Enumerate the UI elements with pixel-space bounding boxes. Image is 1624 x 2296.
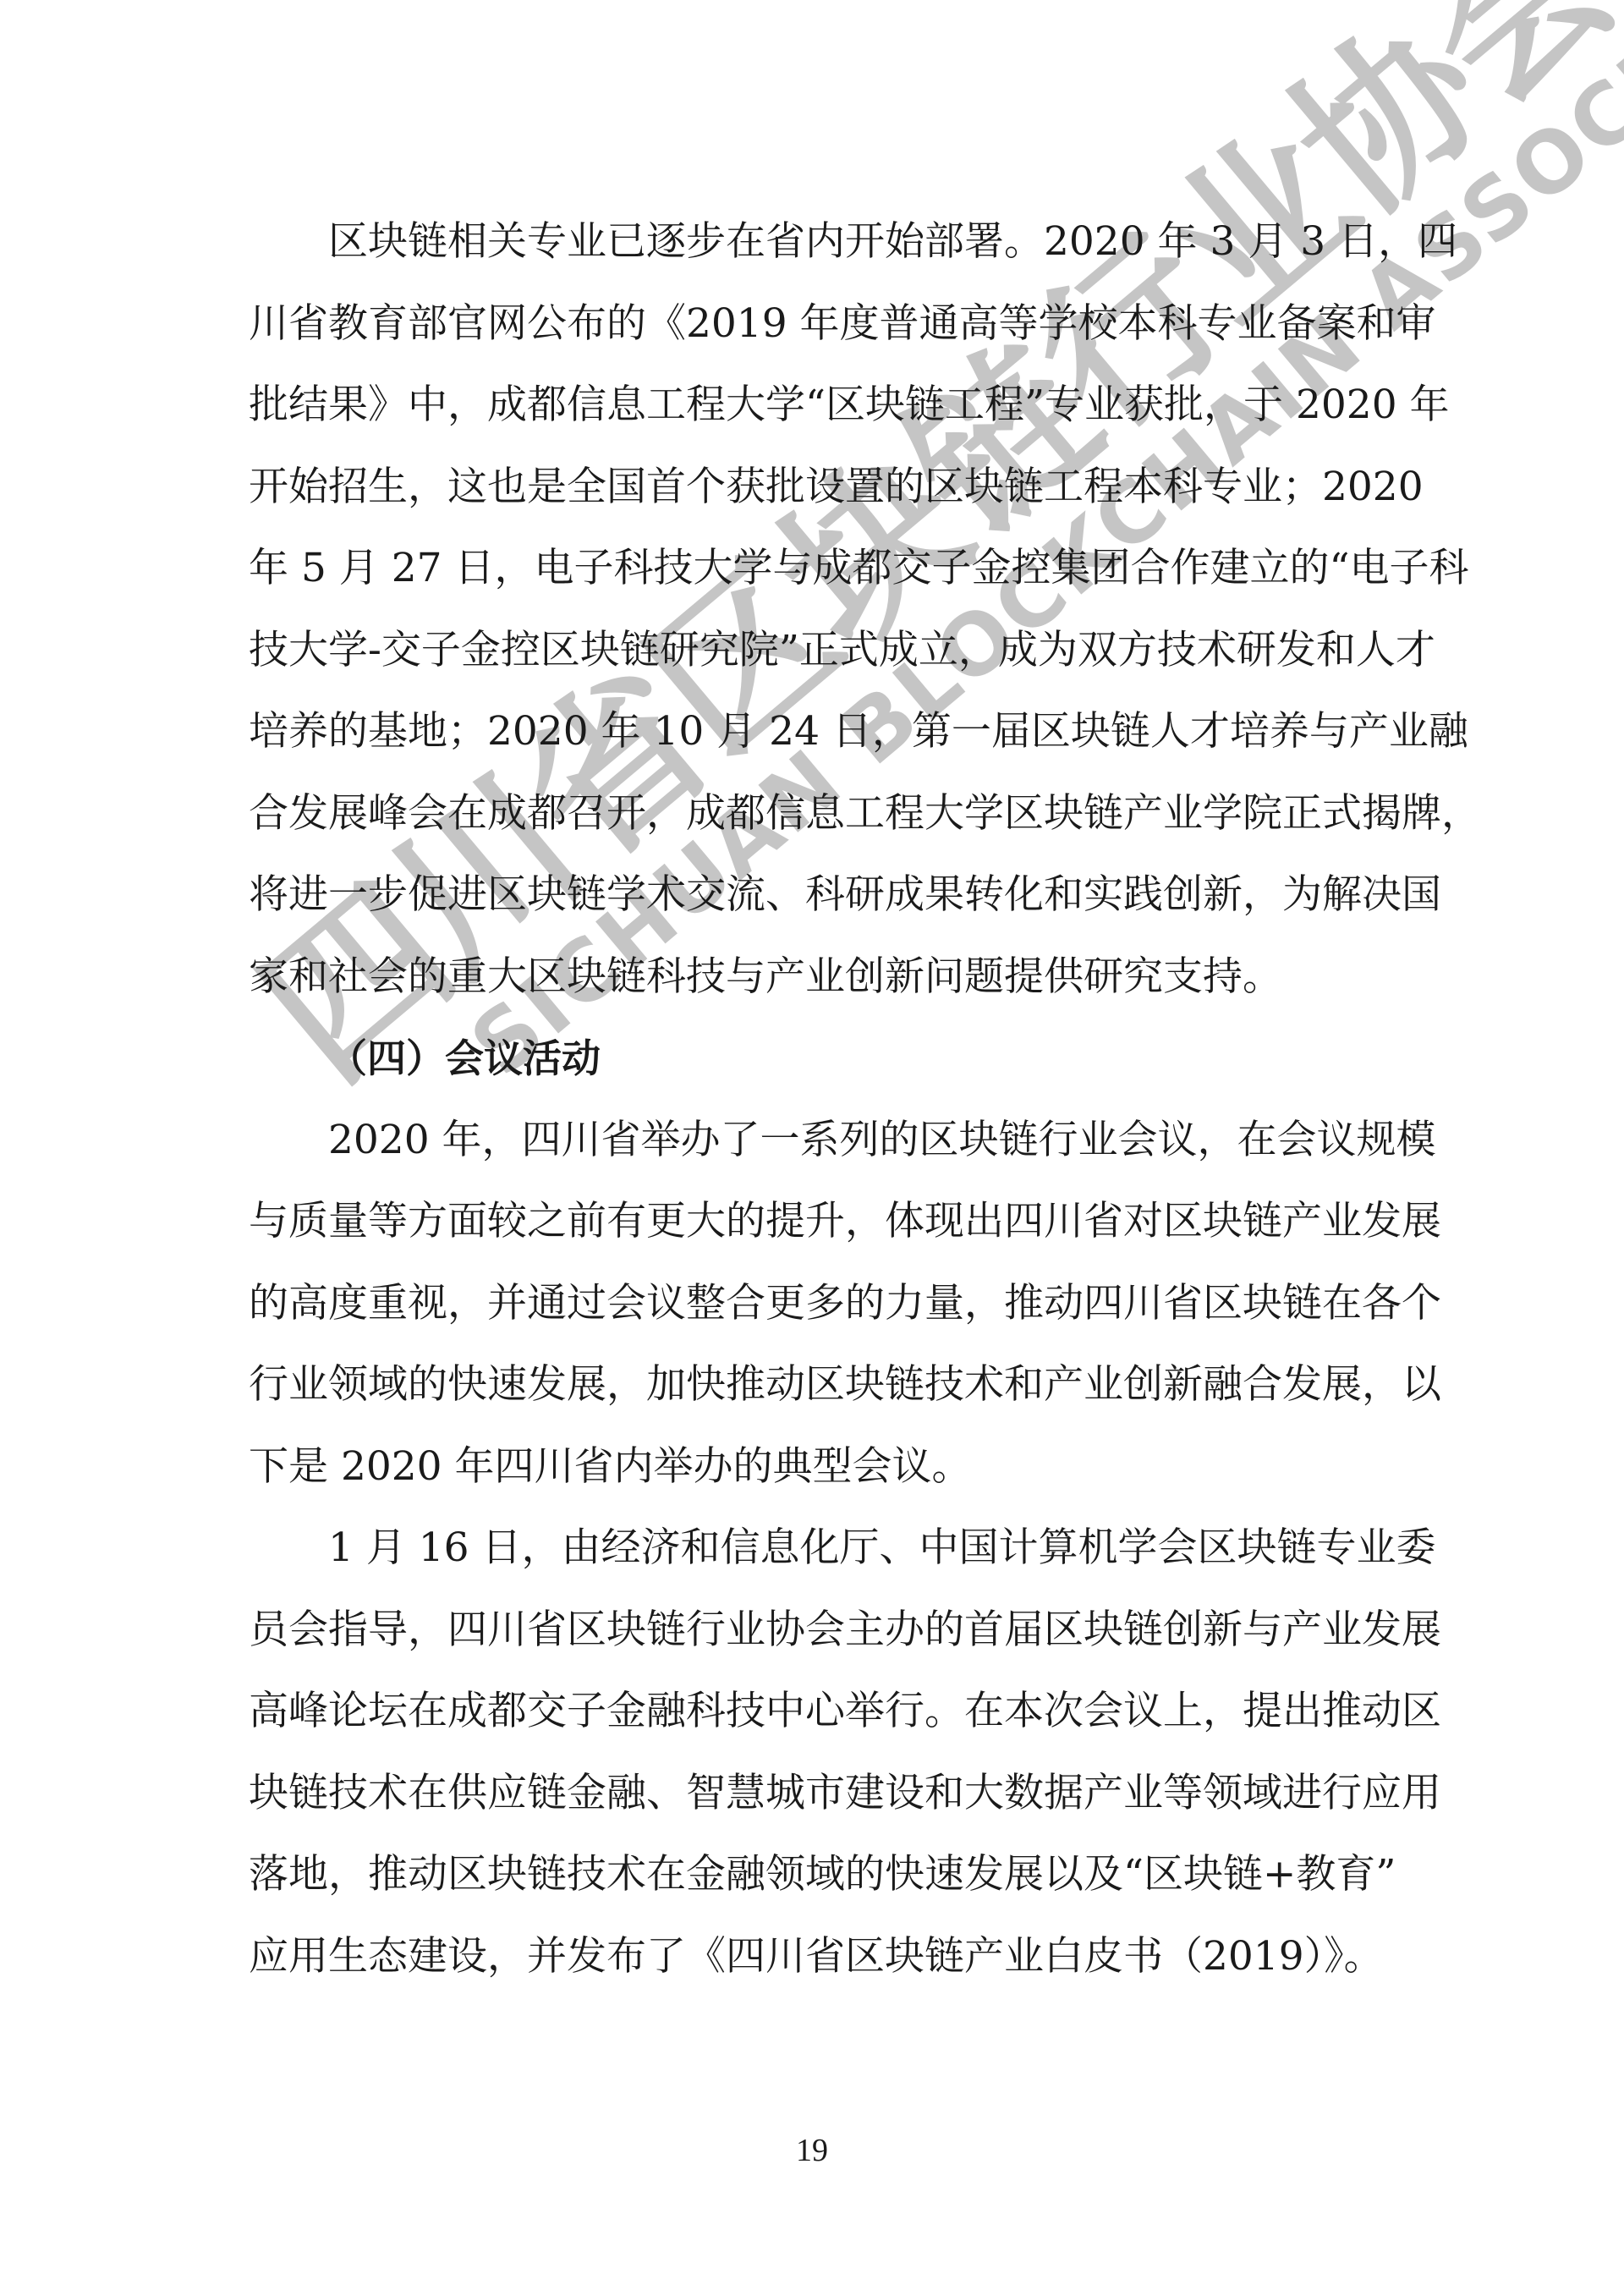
paragraph-line: 高峰论坛在成都交子金融科技中心举行。在本次会议上，提出推动区	[249, 1671, 1391, 1753]
paragraph-line: 年 5 月 27 日，电子科技大学与成都交子金控集团合作建立的“电子科	[249, 528, 1391, 610]
paragraph-line: 合发展峰会在成都召开，成都信息工程大学区块链产业学院正式揭牌，	[249, 773, 1391, 855]
paragraph-line: 1 月 16 日，由经济和信息化厅、中国计算机学会区块链专业委	[249, 1508, 1391, 1590]
paragraph-line: 将进一步促进区块链学术交流、科研成果转化和实践创新，为解决国	[249, 854, 1391, 937]
document-page: 四川省区块链行业协会 SICHUAN BLOCKCHAIN ASSOCIATIO…	[0, 0, 1624, 2296]
paragraph-line: 应用生态建设，并发布了《四川省区块链产业白皮书（2019）》。	[249, 1916, 1391, 1998]
section-heading: （四）会议活动	[249, 1018, 1391, 1100]
paragraph-line: 下是 2020 年四川省内举办的典型会议。	[249, 1426, 1391, 1508]
paragraph-line: 批结果》中，成都信息工程大学“区块链工程”专业获批，于 2020 年	[249, 365, 1391, 447]
paragraph-line: 与质量等方面较之前有更大的提升，体现出四川省对区块链产业发展	[249, 1181, 1391, 1263]
paragraph-line: 2020 年，四川省举办了一系列的区块链行业会议，在会议规模	[249, 1100, 1391, 1182]
paragraph-line: 川省教育部官网公布的《2019 年度普通高等学校本科专业备案和审	[249, 283, 1391, 365]
paragraph-line: 培养的基地；2020 年 10 月 24 日，第一届区块链人才培养与产业融	[249, 691, 1391, 773]
body-text: 区块链相关专业已逐步在省内开始部署。2020 年 3 月 3 日，四 川省教育部…	[249, 201, 1391, 1997]
paragraph-line: 员会指导，四川省区块链行业协会主办的首届区块链创新与产业发展	[249, 1590, 1391, 1672]
paragraph-line: 块链技术在供应链金融、智慧城市建设和大数据产业等领域进行应用	[249, 1753, 1391, 1835]
paragraph-line: 行业领域的快速发展，加快推动区块链技术和产业创新融合发展，以	[249, 1344, 1391, 1426]
paragraph-line: 落地，推动区块链技术在金融领域的快速发展以及“区块链+教育”	[249, 1834, 1391, 1916]
paragraph-line: 开始招生，这也是全国首个获批设置的区块链工程本科专业；2020	[249, 447, 1391, 529]
paragraph-line: 的高度重视，并通过会议整合更多的力量，推动四川省区块链在各个	[249, 1263, 1391, 1345]
page-number: 19	[0, 2132, 1624, 2169]
paragraph-line: 技大学-交子金控区块链研究院”正式成立，成为双方技术研发和人才	[249, 610, 1391, 692]
paragraph-line: 区块链相关专业已逐步在省内开始部署。2020 年 3 月 3 日，四	[249, 201, 1391, 283]
paragraph-line: 家和社会的重大区块链科技与产业创新问题提供研究支持。	[249, 937, 1391, 1019]
